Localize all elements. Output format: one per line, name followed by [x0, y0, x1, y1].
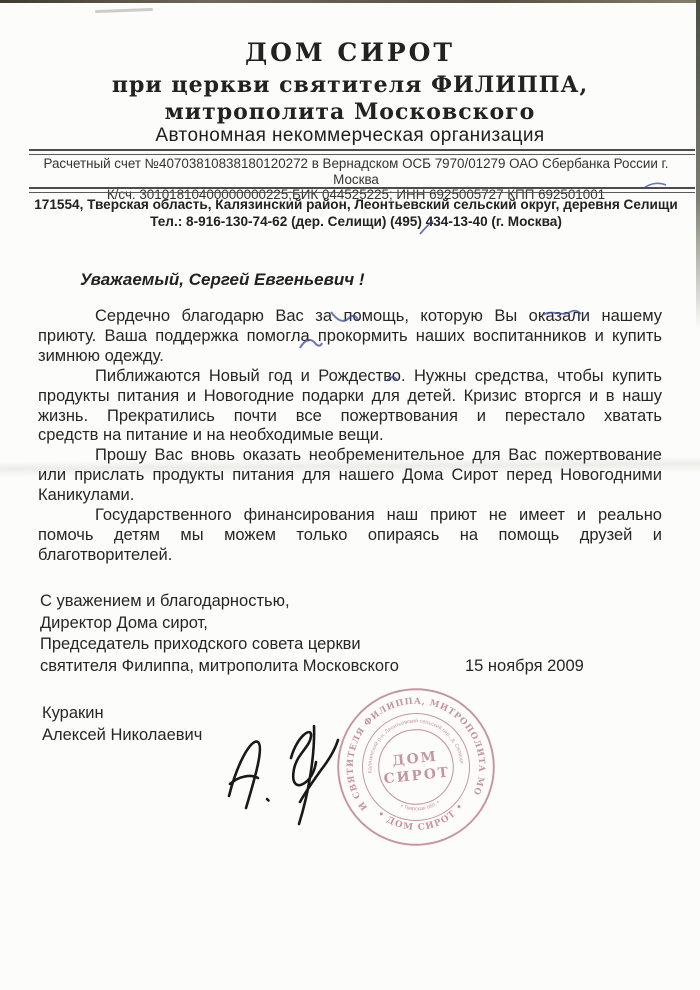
org-type: Автономная некоммерческая организация	[0, 125, 700, 147]
salutation: Уважаемый, Сергей Евгеньевич !	[80, 270, 365, 290]
closing-line: С уважением и благодарностью,	[40, 591, 600, 613]
closing-line: Директор Дома сирот,	[40, 613, 600, 635]
bank-account-line: Расчетный счет №40703810838180120272 в В…	[30, 156, 682, 187]
signatory-surname: Куракин	[42, 702, 202, 724]
paragraph-line: продукты питания и Новогодние подарки дл…	[38, 387, 662, 407]
signatory-name: Куракин Алексей Николаевич	[42, 702, 202, 746]
org-title: ДОМ СИРОТ	[0, 38, 700, 67]
ink-mark	[540, 305, 584, 321]
closing-line: Председатель приходского совета церкви	[40, 634, 600, 656]
ink-mark	[642, 178, 668, 192]
org-subtitle-metropolitan: митрополита Московского	[0, 99, 700, 125]
paragraph-line: или прислать продукты питания для нашего…	[38, 466, 662, 486]
stamp-middle-bottom-text: • Тверская обл. •	[399, 799, 441, 814]
paragraph-line: жизнь. Прекратились почти все пожертвова…	[38, 407, 662, 427]
phone-line: Тел.: 8-916-130-74-62 (дер. Селищи) (495…	[30, 214, 682, 231]
postal-address: 171554, Тверская область, Калязинский ра…	[30, 197, 682, 214]
letter-page: ДОМ СИРОТ при церкви святителя ФИЛИППА, …	[0, 0, 700, 990]
paragraph-line: средств на питание и на необходимые вещи…	[38, 426, 662, 446]
org-subtitle-church: при церкви святителя ФИЛИППА,	[0, 72, 700, 98]
scan-top-edge	[0, 0, 700, 3]
paragraph-line: помочь детям мы можем только опираясь на…	[38, 526, 662, 546]
ink-mark	[296, 334, 324, 354]
paragraph-line: Пиближаются Новый год и Рождество. Нужны…	[38, 367, 662, 387]
ink-mark	[416, 218, 436, 238]
contact-block: 171554, Тверская область, Калязинский ра…	[30, 197, 682, 230]
stamp-outer-bottom-text: • ДОМ СИРОТ •	[374, 800, 468, 837]
paragraph-line: Прошу Вас вновь оказать необременительно…	[38, 446, 662, 466]
ink-mark	[327, 306, 361, 328]
letter-body: Сердечно благодарю Вас за помощь, котору…	[38, 307, 662, 566]
paragraph-line: благотворителей.	[38, 546, 662, 566]
svg-text:• Тверская обл. •: • Тверская обл. •	[399, 799, 441, 814]
paragraph-line: Каникулами.	[38, 486, 662, 506]
paragraph-line: зимнюю одежду.	[38, 347, 662, 367]
divider-top	[29, 149, 695, 155]
closing-block: С уважением и благодарностью, Директор Д…	[40, 591, 600, 678]
paragraph-line: Государственного финансирования наш прию…	[38, 506, 662, 526]
round-stamp: ПРИ ЦЕРКВИ СВЯТИТЕЛЯ ФИЛИППА, МИТРОПОЛИТ…	[327, 678, 505, 856]
scan-smudge	[95, 8, 153, 13]
ink-mark	[384, 372, 400, 386]
svg-text:• ДОМ СИРОТ •: • ДОМ СИРОТ •	[374, 800, 468, 837]
divider-bottom	[29, 187, 695, 193]
bank-requisites: Расчетный счет №40703810838180120272 в В…	[30, 156, 682, 203]
paragraph-line: приюту. Ваша поддержка помогла прокормит…	[38, 327, 662, 347]
signatory-firstname: Алексей Николаевич	[42, 724, 202, 746]
letter-date: 15 ноября 2009	[465, 656, 584, 678]
